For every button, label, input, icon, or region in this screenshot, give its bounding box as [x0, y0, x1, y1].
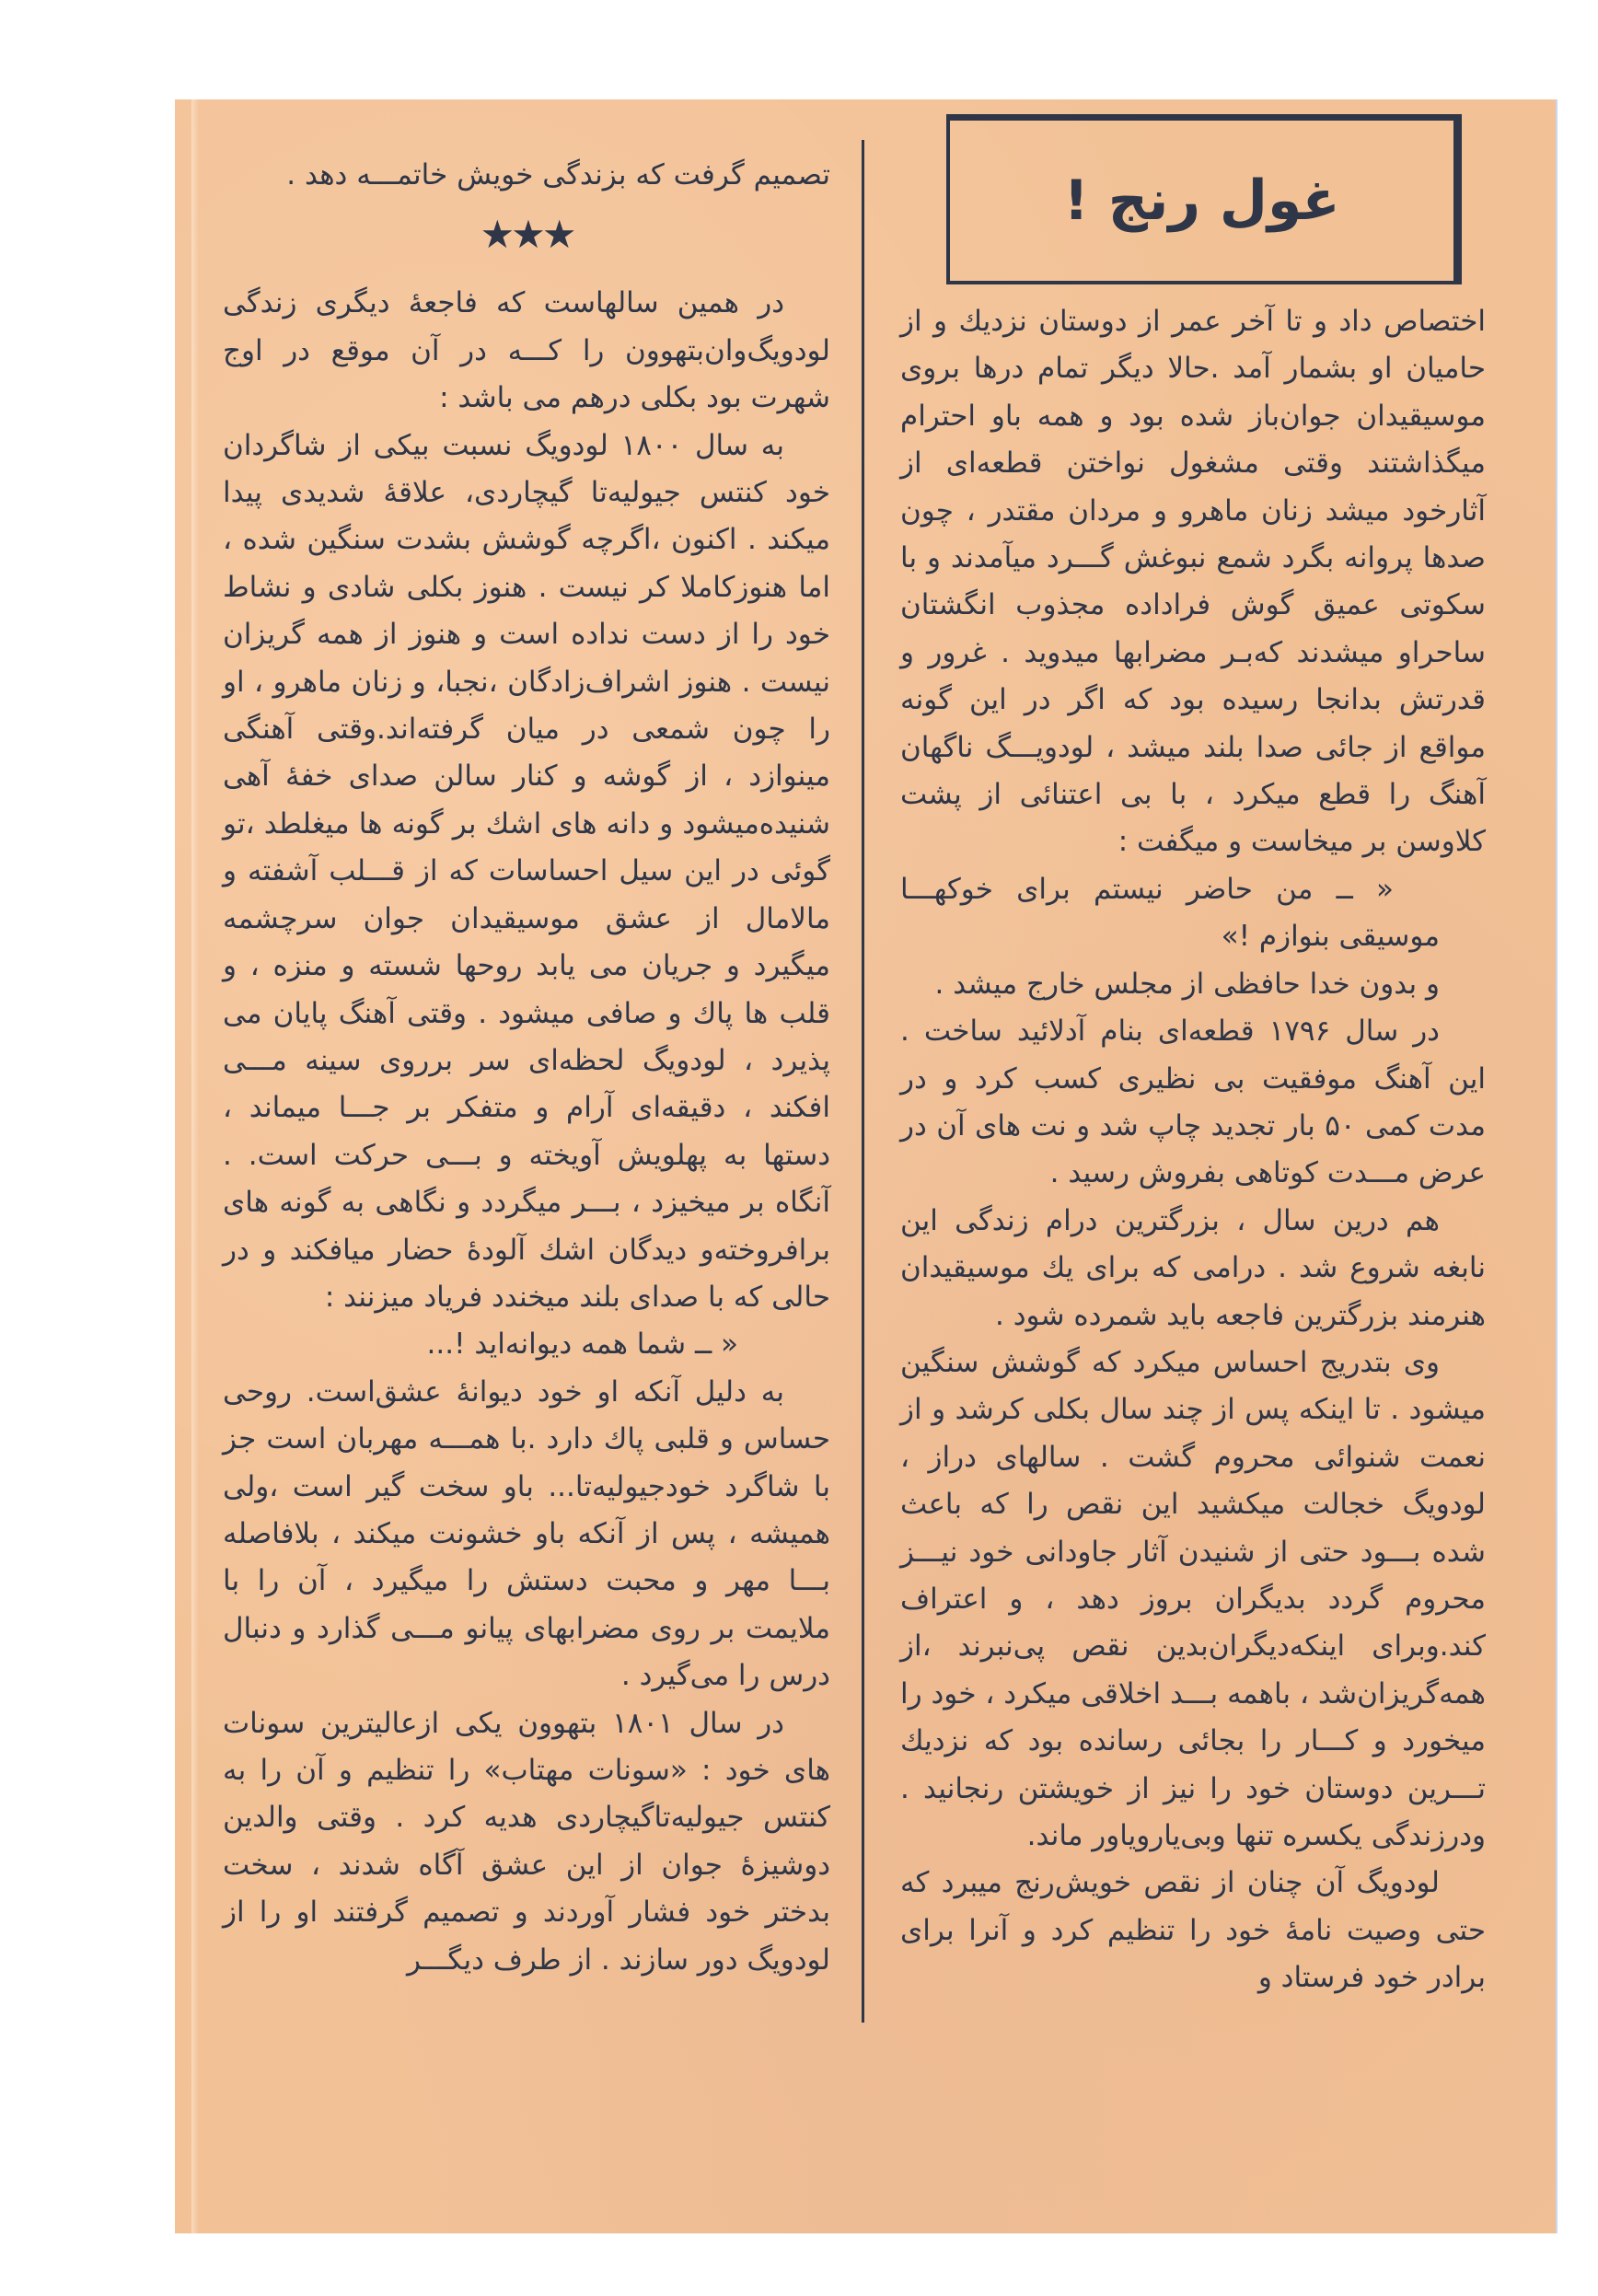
right-paragraph-2: و بدون خدا حافظی از مجلس خارج میشد .: [900, 961, 1486, 1008]
section-separator-stars-icon: ★★★: [223, 203, 830, 267]
right-paragraph-6: لودویگ آن چنان از نقص خویش‌رنج میبرد که …: [900, 1860, 1486, 2001]
column-divider: [862, 140, 864, 2023]
left-paragraph-2: به سال ۱۸۰۰ لودویگ نسبت بیکی از شاگردان …: [223, 423, 830, 1322]
left-quote: « ــ شما همه دیوانه‌اید !...: [223, 1321, 830, 1368]
scanned-page: غول رنج ! اختصاص داد و تا آخر عمر از دوس…: [175, 99, 1557, 2233]
right-quote: « ــ من حاضر نیستم برای خوکهـــا موسیقی …: [900, 866, 1486, 961]
article-title: غول رنج !: [1063, 168, 1339, 233]
right-paragraph-1: اختصاص داد و تا آخر عمر از دوستان نزدیك …: [900, 298, 1486, 866]
left-column: تصمیم گرفت که بزندگی خویش خاتمـــه دهد .…: [223, 152, 830, 1984]
left-paragraph-3: به دلیل آنکه او خود دیوانهٔ عشق‌است. روح…: [223, 1369, 830, 1700]
right-paragraph-3: در سال ۱۷۹۶ قطعه‌ای بنام آدلائید ساخت . …: [900, 1008, 1486, 1198]
left-intro: تصمیم گرفت که بزندگی خویش خاتمـــه دهد .: [223, 152, 830, 199]
right-paragraph-4: هم درین سال ، بزرگترین درام زندگی این نا…: [900, 1198, 1486, 1339]
right-column: اختصاص داد و تا آخر عمر از دوستان نزدیك …: [900, 298, 1486, 2002]
right-paragraph-5: وی بتدریج احساس میکرد که گوشش سنگین میشو…: [900, 1339, 1486, 1860]
left-paragraph-1: در همین سالهاست که فاجعهٔ دیگری زندگی لو…: [223, 280, 830, 422]
title-box: غول رنج !: [946, 114, 1462, 284]
left-paragraph-4: در سال ۱۸۰۱ بتهوون یکی ازعالیترین سونات …: [223, 1700, 830, 1984]
page-fold: [191, 99, 199, 2233]
